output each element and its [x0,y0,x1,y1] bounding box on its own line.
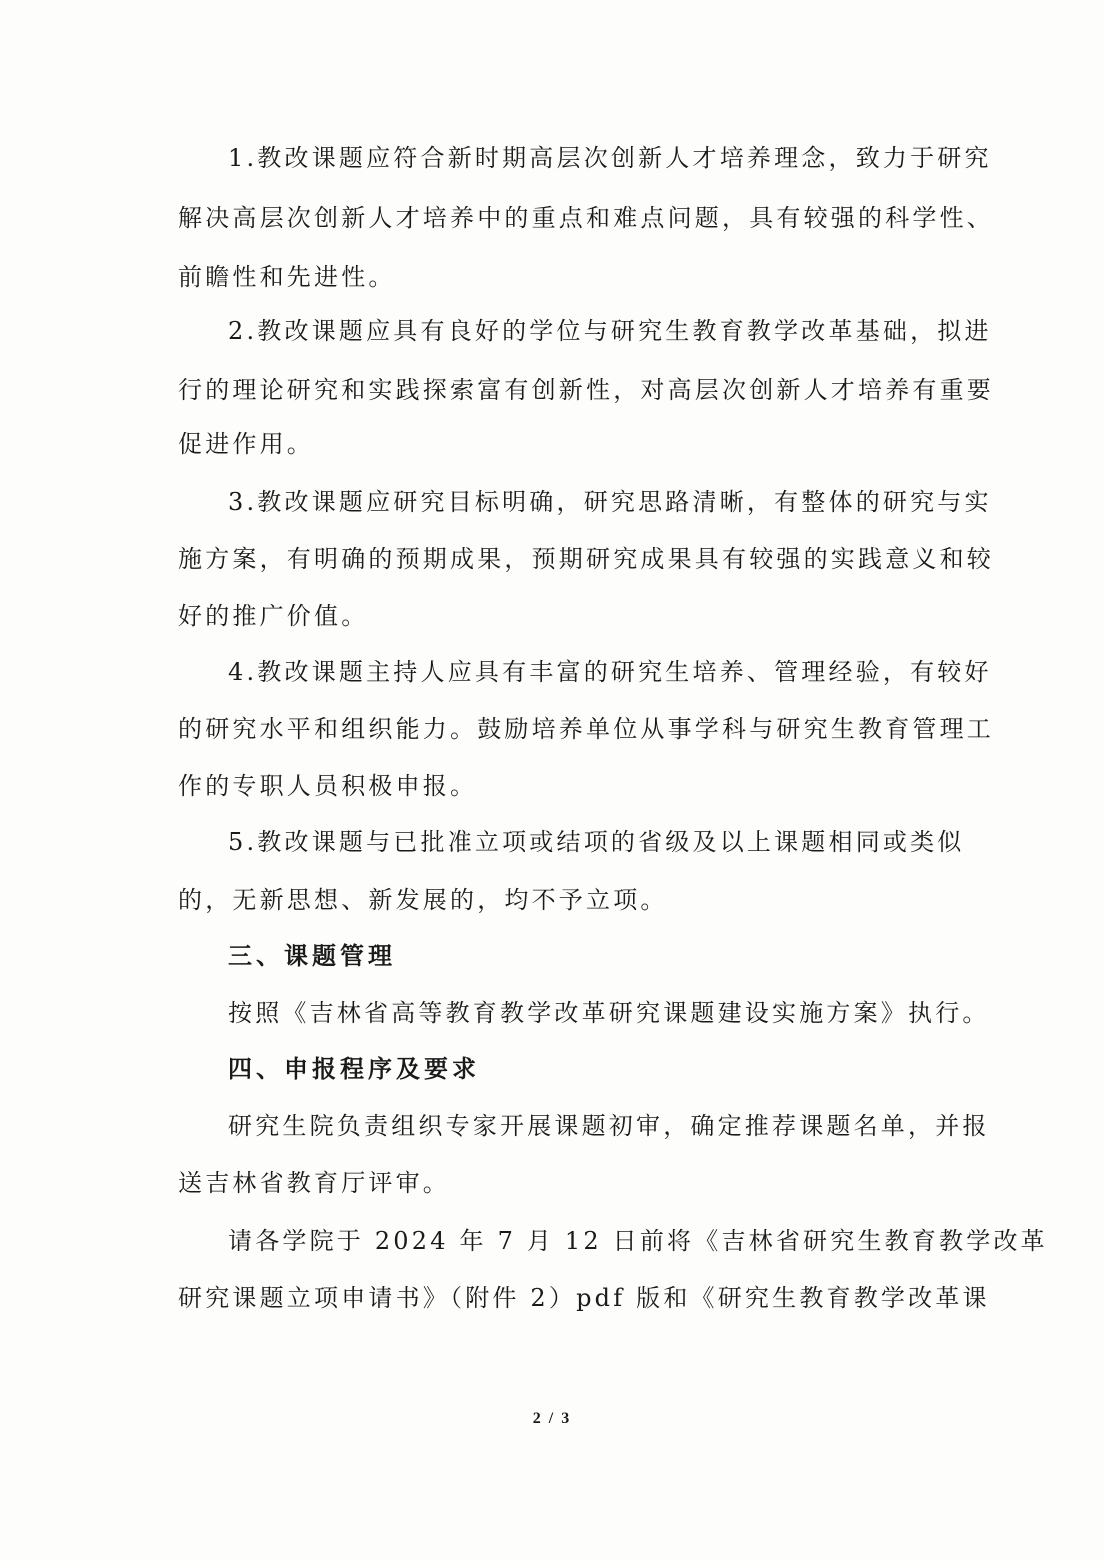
criteria-2-line-2: 行的理论研究和实践探索富有创新性，对高层次创新人才培养有重要 [178,375,994,405]
criteria-1-line-2: 解决高层次创新人才培养中的重点和难点问题，具有较强的科学性、 [178,203,994,233]
section-3-body: 按照《吉林省高等教育教学改革研究课题建设实施方案》执行。 [228,998,990,1028]
criteria-2-line-1: 2.教改课题应具有良好的学位与研究生教育教学改革基础，拟进 [228,316,992,346]
criteria-4-line-1: 4.教改课题主持人应具有丰富的研究生培养、管理经验，有较好 [228,657,992,687]
section-4-para-2-line-2: 研究课题立项申请书》（附件 2）pdf 版和《研究生教育教学改革课 [178,1283,990,1313]
page-number: 2 / 3 [0,1410,1104,1428]
criteria-4-line-3: 作的专职人员积极申报。 [178,771,477,801]
section-3-heading: 三、课题管理 [228,941,396,971]
section-4-para-2-line-1: 请各学院于 2024 年 7 月 12 日前将《吉林省研究生教育教学改革 [228,1226,1048,1256]
criteria-3-line-1: 3.教改课题应研究目标明确，研究思路清晰，有整体的研究与实 [228,487,992,517]
section-4-para-1-line-1: 研究生院负责组织专家开展课题初审，确定推荐课题名单，并报 [228,1111,990,1141]
section-4-para-1-line-2: 送吉林省教育厅评审。 [178,1168,450,1198]
criteria-1-line-1: 1.教改课题应符合新时期高层次创新人才培养理念，致力于研究 [228,143,992,173]
criteria-5-line-1: 5.教改课题与已批准立项或结项的省级及以上课题相同或类似 [228,827,965,857]
criteria-3-line-3: 好的推广价值。 [178,601,368,631]
section-4-heading: 四、申报程序及要求 [228,1054,480,1084]
criteria-2-line-3: 促进作用。 [178,429,314,459]
document-page: 1.教改课题应符合新时期高层次创新人才培养理念，致力于研究 解决高层次创新人才培… [0,0,1104,1559]
criteria-4-line-2: 的研究水平和组织能力。鼓励培养单位从事学科与研究生教育管理工 [178,714,994,744]
criteria-3-line-2: 施方案，有明确的预期成果，预期研究成果具有较强的实践意义和较 [178,544,994,574]
criteria-1-line-3: 前瞻性和先进性。 [178,262,396,292]
criteria-5-line-2: 的，无新思想、新发展的，均不予立项。 [178,885,668,915]
